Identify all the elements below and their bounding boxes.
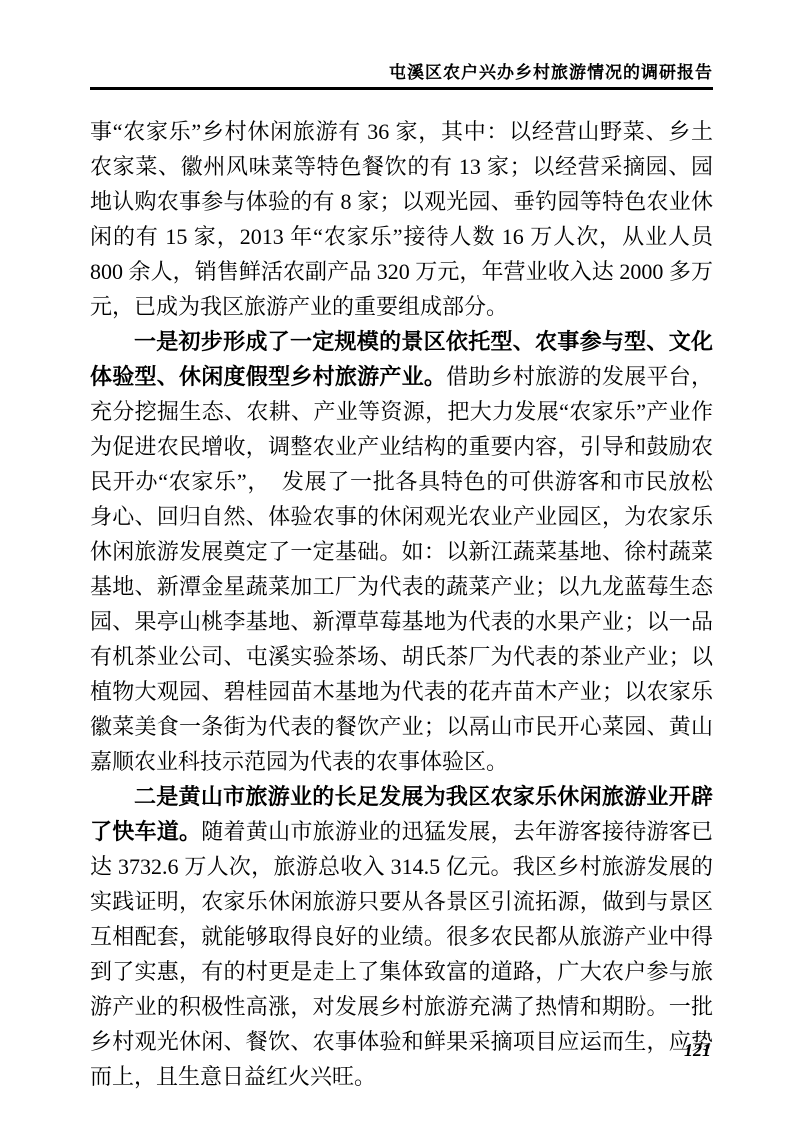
paragraph-text: 借助乡村旅游的发展平台，充分挖掘生态、农耕、产业等资源，把大力发展“农家乐”产业… xyxy=(90,364,713,774)
page-number: 121 xyxy=(684,1040,711,1061)
header-rule xyxy=(90,87,713,90)
paragraph: 一是初步形成了一定规模的景区依托型、农事参与型、文化体验型、休闲度假型乡村旅游产… xyxy=(90,324,713,779)
document-page: 屯溪区农户兴办乡村旅游情况的调研报告 事“农家乐”乡村休闲旅游有 36 家，其中… xyxy=(0,0,803,1133)
page-header-title: 屯溪区农户兴办乡村旅游情况的调研报告 xyxy=(389,58,713,83)
paragraph-text: 随着黄山市旅游业的迅猛发展，去年游客接待游客已达 3732.6 万人次，旅游总收… xyxy=(90,819,713,1089)
paragraph: 事“农家乐”乡村休闲旅游有 36 家，其中：以经营山野菜、乡土农家菜、徽州风味菜… xyxy=(90,114,713,324)
paragraph: 二是黄山市旅游业的长足发展为我区农家乐休闲旅游业开辟了快车道。随着黄山市旅游业的… xyxy=(90,779,713,1094)
paragraph-text: 事“农家乐”乡村休闲旅游有 36 家，其中：以经营山野菜、乡土农家菜、徽州风味菜… xyxy=(90,119,713,319)
document-body: 事“农家乐”乡村休闲旅游有 36 家，其中：以经营山野菜、乡土农家菜、徽州风味菜… xyxy=(90,114,713,1094)
